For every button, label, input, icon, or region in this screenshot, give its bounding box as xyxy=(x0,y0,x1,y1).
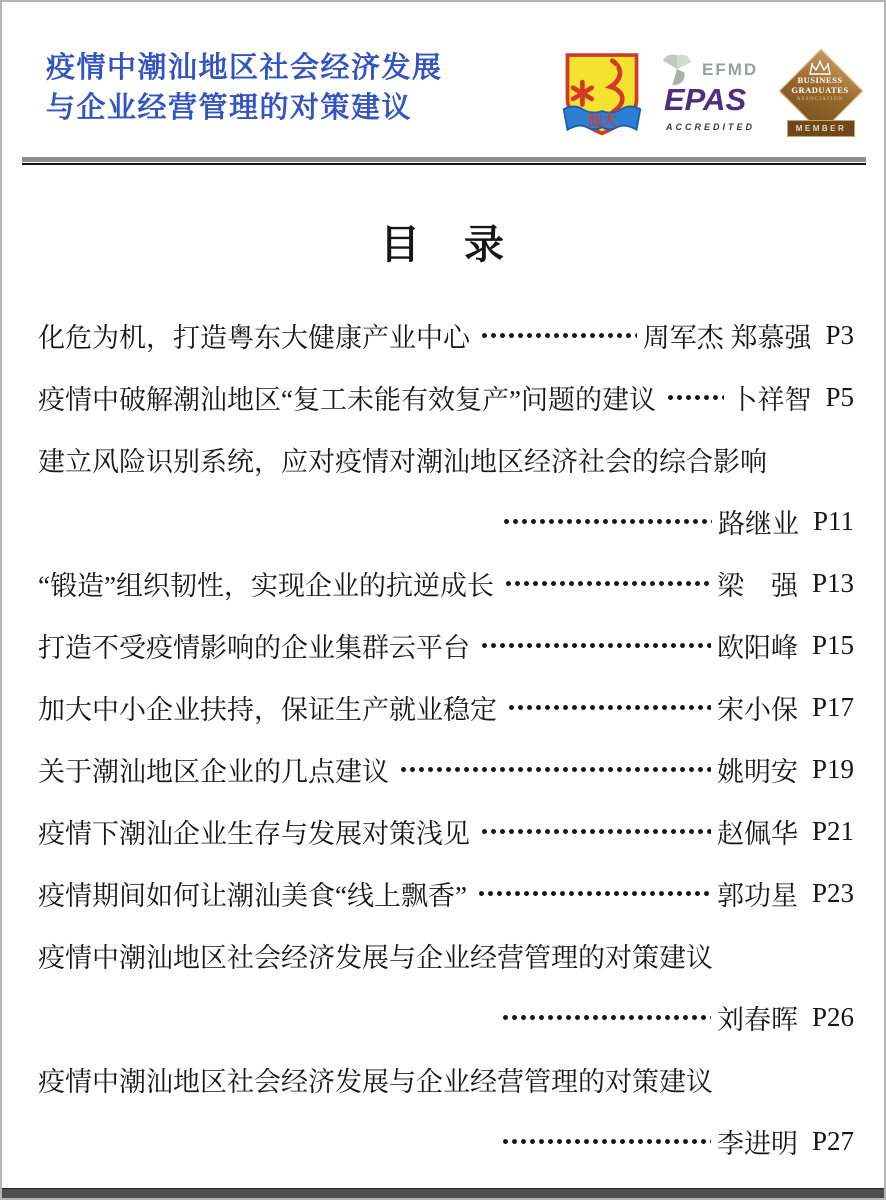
toc-entry-page: P11 xyxy=(813,506,854,537)
toc-entry-title: 化危为机，打造粤东大健康产业中心 xyxy=(38,316,470,355)
toc-leader-dots xyxy=(480,632,711,659)
crest-banner-text: 汕大 xyxy=(587,112,617,129)
toc-leader-dots xyxy=(399,756,711,783)
toc-entry-line2: 路继业P11 xyxy=(38,490,854,552)
header-title: 疫情中潮汕地区社会经济发展 与企业经营管理的对策建议 xyxy=(46,48,443,128)
toc-entry-title: 打造不受疫情影响的企业集群云平台 xyxy=(38,626,470,665)
bga-member-badge: BUSINESS GRADUATES ASSOCIATION MEMBER xyxy=(774,50,866,146)
toc-entry-authors: 周军杰 郑慕强 xyxy=(643,316,812,355)
toc-entry-title: 疫情期间如何让潮汕美食“线上飘香” xyxy=(38,874,467,913)
toc-entry-page: P21 xyxy=(812,816,854,847)
epas-program-text: EPAS xyxy=(664,82,746,118)
university-crest-icon: 汕大 xyxy=(560,50,644,146)
toc-entry-title: 疫情中潮汕地区社会经济发展与企业经营管理的对策建议 xyxy=(38,1060,713,1099)
epas-accredited-text: ACCREDITED xyxy=(666,122,755,132)
toc-entry-page: P26 xyxy=(812,1002,854,1033)
document-page: 疫情中潮汕地区社会经济发展 与企业经营管理的对策建议 汕大 xyxy=(0,0,886,1200)
toc-leader-dots xyxy=(480,818,711,845)
toc-entry-page: P19 xyxy=(812,754,854,785)
header-logos: 汕大 EFMD EPAS ACCREDITED xyxy=(560,50,866,151)
toc-entry-title: “锻造”组织韧性，实现企业的抗逆成长 xyxy=(38,564,494,603)
toc-leader-dots xyxy=(504,570,711,597)
toc-entry: “锻造”组织韧性，实现企业的抗逆成长梁 强P13 xyxy=(38,552,854,614)
toc-entry-page: P13 xyxy=(812,568,854,599)
bga-text-association: ASSOCIATION xyxy=(774,96,866,104)
toc-entry-page: P27 xyxy=(812,1126,854,1157)
toc-entry: 打造不受疫情影响的企业集群云平台欧阳峰P15 xyxy=(38,614,854,676)
crown-icon xyxy=(806,60,834,76)
toc-entry-authors: 欧阳峰 xyxy=(717,626,798,665)
epas-accredited-logo: EFMD EPAS ACCREDITED xyxy=(658,50,760,142)
header-divider-black-line xyxy=(22,163,866,165)
page-header: 疫情中潮汕地区社会经济发展 与企业经营管理的对策建议 汕大 xyxy=(2,2,884,155)
bga-badge-content: BUSINESS GRADUATES ASSOCIATION xyxy=(774,58,866,103)
bga-member-ribbon: MEMBER xyxy=(787,120,855,137)
header-divider-gray-line xyxy=(22,157,866,162)
toc-leader-dots xyxy=(666,384,725,411)
page-bottom-scan-bar xyxy=(2,1188,884,1198)
toc-entry-title: 疫情下潮汕企业生存与发展对策浅见 xyxy=(38,812,470,851)
toc-entry: 化危为机，打造粤东大健康产业中心周军杰 郑慕强P3 xyxy=(38,304,854,366)
toc-entry-authors: 姚明安 xyxy=(717,750,798,789)
toc-entry-authors: 宋小保 xyxy=(717,688,798,727)
toc-entry-title: 疫情中破解潮汕地区“复工未能有效复产”问题的建议 xyxy=(38,378,656,417)
toc-entry-line1: 疫情中潮汕地区社会经济发展与企业经营管理的对策建议 xyxy=(38,1048,854,1110)
efmd-brand-text: EFMD xyxy=(702,60,758,80)
toc-entry-line1: 建立风险识别系统，应对疫情对潮汕地区经济社会的综合影响 xyxy=(38,428,854,490)
toc-leader-dots xyxy=(477,880,711,907)
toc-leader-dots xyxy=(507,694,711,721)
toc-entry-authors: 李进明 xyxy=(717,1122,798,1161)
toc-entry-page: P5 xyxy=(825,382,854,413)
toc-entry-authors: 路继业 xyxy=(718,502,799,541)
toc-entry-authors: 卜祥智 xyxy=(730,378,811,417)
toc-leader-dots xyxy=(502,508,712,535)
toc-entry-title: 加大中小企业扶持，保证生产就业稳定 xyxy=(38,688,497,727)
toc-entry-page: P17 xyxy=(812,692,854,723)
toc-page-title: 目 录 xyxy=(2,213,884,270)
toc-entry-line2: 李进明P27 xyxy=(38,1110,854,1172)
toc-entry-page: P3 xyxy=(825,320,854,351)
header-title-line1: 疫情中潮汕地区社会经济发展 xyxy=(46,48,443,88)
toc-entry: 疫情下潮汕企业生存与发展对策浅见赵佩华P21 xyxy=(38,800,854,862)
toc-leader-dots xyxy=(480,322,637,349)
toc-entry-authors: 赵佩华 xyxy=(717,812,798,851)
toc-entry-page: P23 xyxy=(812,878,854,909)
toc-entry: 关于潮汕地区企业的几点建议姚明安P19 xyxy=(38,738,854,800)
header-divider xyxy=(22,157,866,165)
toc-entry-page: P15 xyxy=(812,630,854,661)
shantou-university-crest-logo: 汕大 xyxy=(560,50,644,151)
toc-entry-authors: 梁 强 xyxy=(717,564,798,603)
toc-leader-dots xyxy=(501,1128,711,1155)
toc-entry-authors: 郭功星 xyxy=(717,874,798,913)
header-title-line2: 与企业经营管理的对策建议 xyxy=(46,88,443,128)
toc-entry-title: 关于潮汕地区企业的几点建议 xyxy=(38,750,389,789)
bga-text-graduates: GRADUATES xyxy=(774,86,866,96)
toc-entry: 疫情期间如何让潮汕美食“线上飘香”郭功星P23 xyxy=(38,862,854,924)
toc-entry-title: 建立风险识别系统，应对疫情对潮汕地区经济社会的综合影响 xyxy=(38,440,767,479)
toc-entry-line1: 疫情中潮汕地区社会经济发展与企业经营管理的对策建议 xyxy=(38,924,854,986)
toc-leader-dots xyxy=(501,1004,711,1031)
toc-entry-line2: 刘春晖P26 xyxy=(38,986,854,1048)
toc-list: 化危为机，打造粤东大健康产业中心周军杰 郑慕强P3疫情中破解潮汕地区“复工未能有… xyxy=(2,270,884,1172)
toc-entry: 疫情中破解潮汕地区“复工未能有效复产”问题的建议卜祥智P5 xyxy=(38,366,854,428)
toc-entry-title: 疫情中潮汕地区社会经济发展与企业经营管理的对策建议 xyxy=(38,936,713,975)
toc-entry-authors: 刘春晖 xyxy=(717,998,798,1037)
toc-entry: 加大中小企业扶持，保证生产就业稳定宋小保P17 xyxy=(38,676,854,738)
